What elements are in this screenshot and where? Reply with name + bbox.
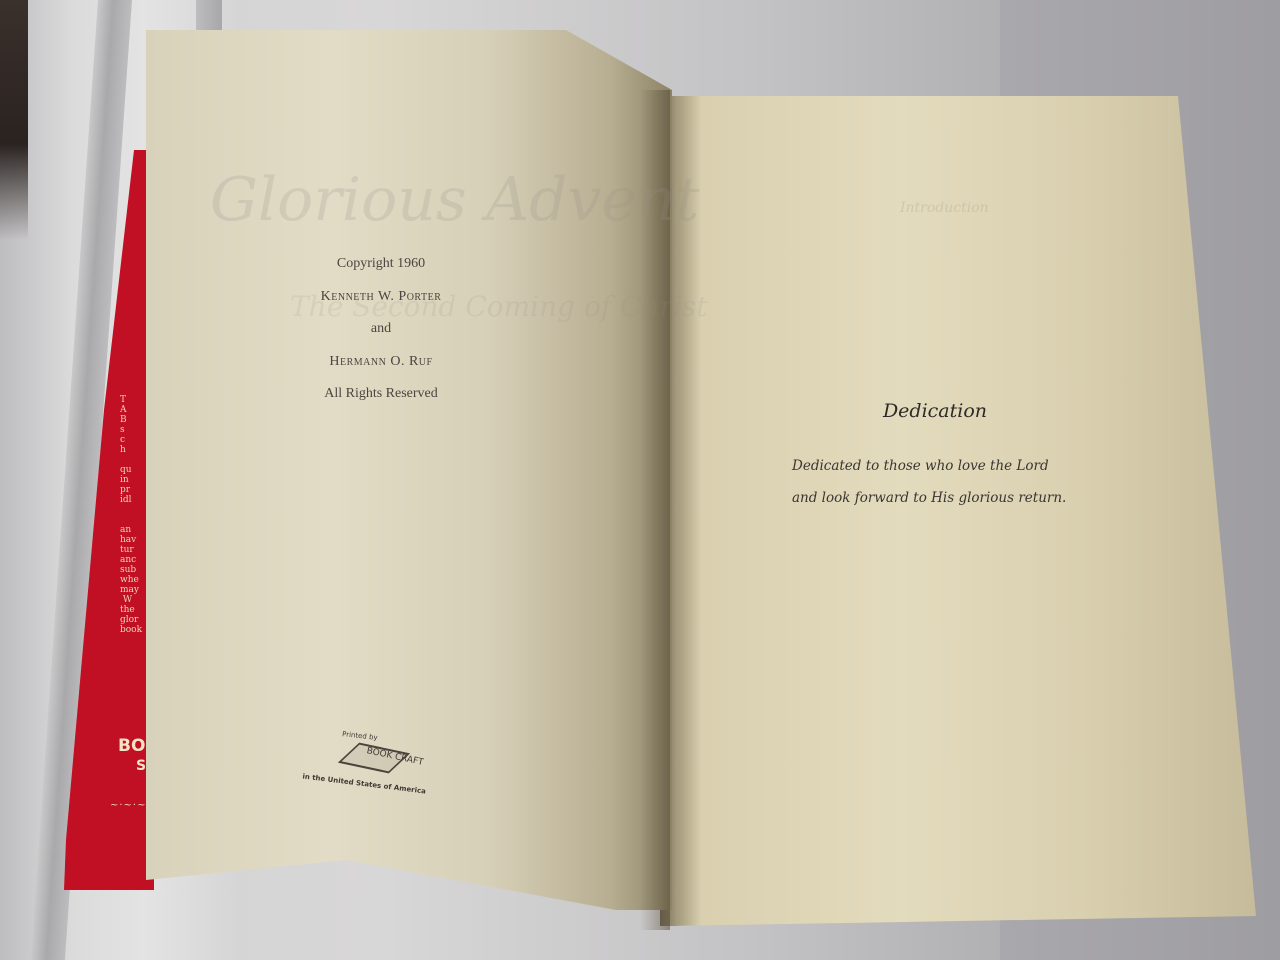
printer-country: in the United States of America (302, 772, 426, 795)
rights-line: All Rights Reserved (250, 384, 512, 417)
printer-mark: Printed by BOOK CRAFT in the United Stat… (298, 730, 448, 810)
background-dark-edge (0, 0, 28, 240)
jacket-flap-bold-text: BO (118, 736, 145, 756)
show-through-title: Glorious Advent (210, 165, 700, 235)
author-name: Kenneth W. Porter (250, 287, 512, 320)
dedication-title: Dedication (790, 400, 1080, 422)
dedication-line: Dedicated to those who love the Lord (792, 450, 1092, 482)
jacket-flap-text: T A B s c h qu in pr idl an hav tur anc … (120, 395, 142, 635)
jacket-flap-bold-text-2: S (136, 758, 146, 774)
show-through-heading: Introduction (900, 200, 989, 216)
dedication-text: Dedicated to those who love the Lord and… (792, 450, 1092, 514)
photo-scene: T A B s c h qu in pr idl an hav tur anc … (0, 0, 1280, 960)
copyright-block: Copyright 1960 Kenneth W. Porter and Her… (250, 254, 512, 417)
author-name: Hermann O. Ruf (250, 352, 512, 385)
copyright-conjunction: and (250, 319, 512, 352)
copyright-line: Copyright 1960 (250, 254, 512, 287)
printer-label: Printed by (342, 730, 378, 742)
dedication-line: and look forward to His glorious return. (792, 482, 1092, 514)
